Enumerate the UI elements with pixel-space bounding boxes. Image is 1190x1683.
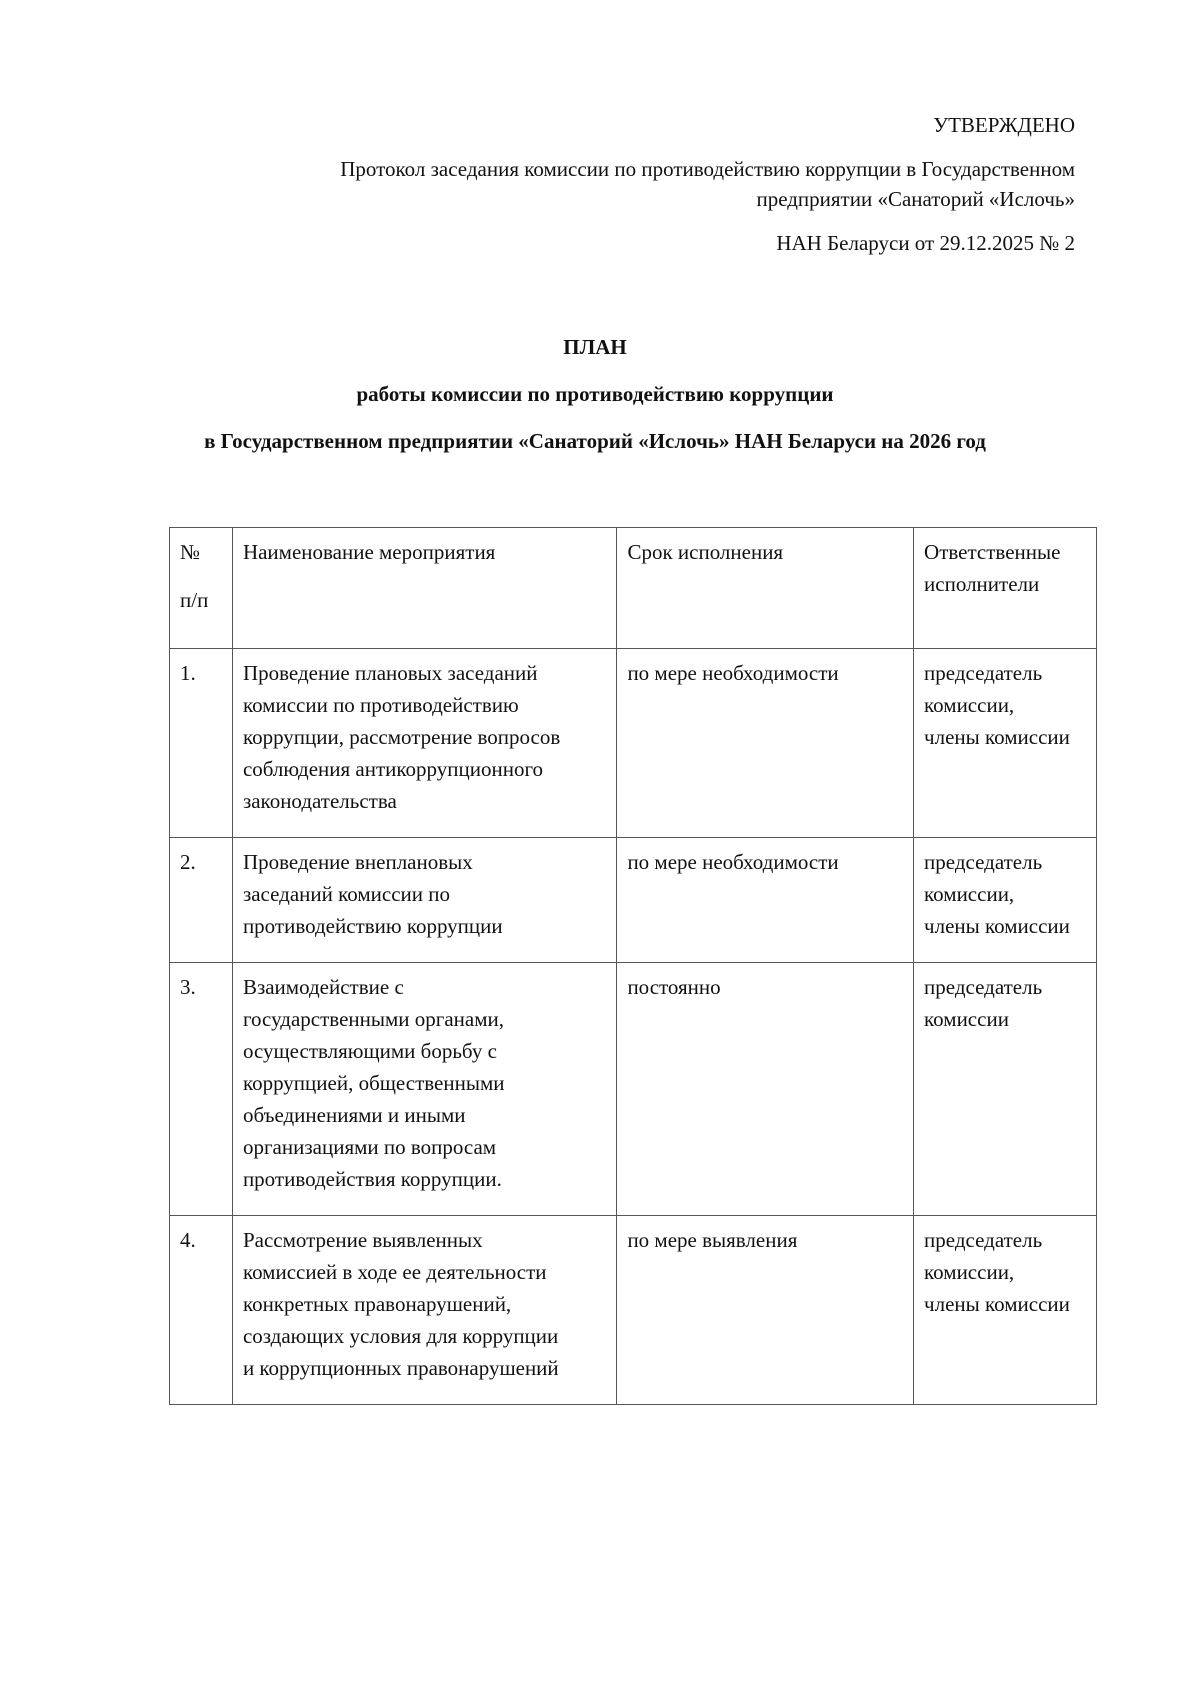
row-activity: Проведение плановых заседанийкомиссии по… xyxy=(232,649,617,838)
approval-block: УТВЕРЖДЕНО Протокол заседания комиссии п… xyxy=(215,110,1075,258)
row-responsible: председателькомиссии,члены комиссии xyxy=(914,838,1097,963)
approval-label: УТВЕРЖДЕНО xyxy=(215,110,1075,140)
activity-line: осуществляющими борьбу с xyxy=(243,1035,607,1067)
header-name: Наименование мероприятия xyxy=(232,528,617,649)
activity-line: комиссии по противодействию xyxy=(243,689,607,721)
activity-line: противодействия коррупции. xyxy=(243,1163,607,1195)
table-row: 1.Проведение плановых заседанийкомиссии … xyxy=(170,649,1097,838)
header-responsible-line: Ответственные xyxy=(924,536,1086,568)
responsible-line: комиссии, xyxy=(924,689,1086,721)
document-title: ПЛАН работы комиссии по противодействию … xyxy=(0,332,1190,473)
title-sub: работы комиссии по противодействию корру… xyxy=(0,379,1190,426)
activity-line: коррупции, рассмотрение вопросов xyxy=(243,721,607,753)
activity-line: коррупцией, общественными xyxy=(243,1067,607,1099)
header-responsible-line: исполнители xyxy=(924,568,1086,600)
activity-line: Рассмотрение выявленных xyxy=(243,1224,607,1256)
activity-line: и коррупционных правонарушений xyxy=(243,1352,607,1384)
title-sub: в Государственном предприятии «Санаторий… xyxy=(0,426,1190,473)
responsible-line: члены комиссии xyxy=(924,721,1086,753)
responsible-line: комиссии, xyxy=(924,1256,1086,1288)
header-num-symbol: № xyxy=(180,536,222,568)
activity-line: законодательства xyxy=(243,785,607,817)
responsible-line: члены комиссии xyxy=(924,1288,1086,1320)
row-number: 3. xyxy=(170,963,233,1216)
activity-line: Проведение внеплановых xyxy=(243,846,607,878)
header-num-pp: п/п xyxy=(180,584,222,616)
row-deadline: по мере выявления xyxy=(617,1216,914,1405)
approval-date: НАН Беларуси от 29.12.2025 № 2 xyxy=(215,228,1075,258)
approval-protocol: Протокол заседания комиссии по противоде… xyxy=(215,154,1075,214)
row-responsible: председателькомиссии,члены комиссии xyxy=(914,649,1097,838)
activity-line: объединениями и иными xyxy=(243,1099,607,1131)
row-number: 2. xyxy=(170,838,233,963)
header-responsible: Ответственные исполнители xyxy=(914,528,1097,649)
row-activity: Взаимодействие сгосударственными органам… xyxy=(232,963,617,1216)
table-row: 4.Рассмотрение выявленныхкомиссией в ход… xyxy=(170,1216,1097,1405)
activity-line: государственными органами, xyxy=(243,1003,607,1035)
protocol-line: Протокол заседания комиссии по противоде… xyxy=(215,154,1075,184)
responsible-line: председатель xyxy=(924,657,1086,689)
row-responsible: председателькомиссии xyxy=(914,963,1097,1216)
activity-line: комиссией в ходе ее деятельности xyxy=(243,1256,607,1288)
activity-line: Проведение плановых заседаний xyxy=(243,657,607,689)
row-deadline: по мере необходимости xyxy=(617,649,914,838)
header-deadline: Срок исполнения xyxy=(617,528,914,649)
table-body: 1.Проведение плановых заседанийкомиссии … xyxy=(170,649,1097,1405)
row-activity: Проведение внеплановыхзаседаний комиссии… xyxy=(232,838,617,963)
activity-line: создающих условия для коррупции xyxy=(243,1320,607,1352)
activity-line: соблюдения антикоррупционного xyxy=(243,753,607,785)
row-deadline: постоянно xyxy=(617,963,914,1216)
row-activity: Рассмотрение выявленныхкомиссией в ходе … xyxy=(232,1216,617,1405)
title-main: ПЛАН xyxy=(0,332,1190,379)
responsible-line: комиссии, xyxy=(924,878,1086,910)
responsible-line: комиссии xyxy=(924,1003,1086,1035)
responsible-line: председатель xyxy=(924,846,1086,878)
row-responsible: председателькомиссии,члены комиссии xyxy=(914,1216,1097,1405)
activity-line: противодействию коррупции xyxy=(243,910,607,942)
table-header-row: № п/п Наименование мероприятия Срок испо… xyxy=(170,528,1097,649)
table-row: 2.Проведение внеплановыхзаседаний комисс… xyxy=(170,838,1097,963)
row-number: 4. xyxy=(170,1216,233,1405)
activity-line: заседаний комиссии по xyxy=(243,878,607,910)
plan-table: № п/п Наименование мероприятия Срок испо… xyxy=(169,527,1097,1405)
responsible-line: председатель xyxy=(924,971,1086,1003)
activity-line: конкретных правонарушений, xyxy=(243,1288,607,1320)
activity-line: организациями по вопросам xyxy=(243,1131,607,1163)
responsible-line: члены комиссии xyxy=(924,910,1086,942)
table-row: 3.Взаимодействие сгосударственными орган… xyxy=(170,963,1097,1216)
protocol-line: предприятии «Санаторий «Ислочь» xyxy=(215,184,1075,214)
row-number: 1. xyxy=(170,649,233,838)
responsible-line: председатель xyxy=(924,1224,1086,1256)
row-deadline: по мере необходимости xyxy=(617,838,914,963)
header-num: № п/п xyxy=(170,528,233,649)
activity-line: Взаимодействие с xyxy=(243,971,607,1003)
